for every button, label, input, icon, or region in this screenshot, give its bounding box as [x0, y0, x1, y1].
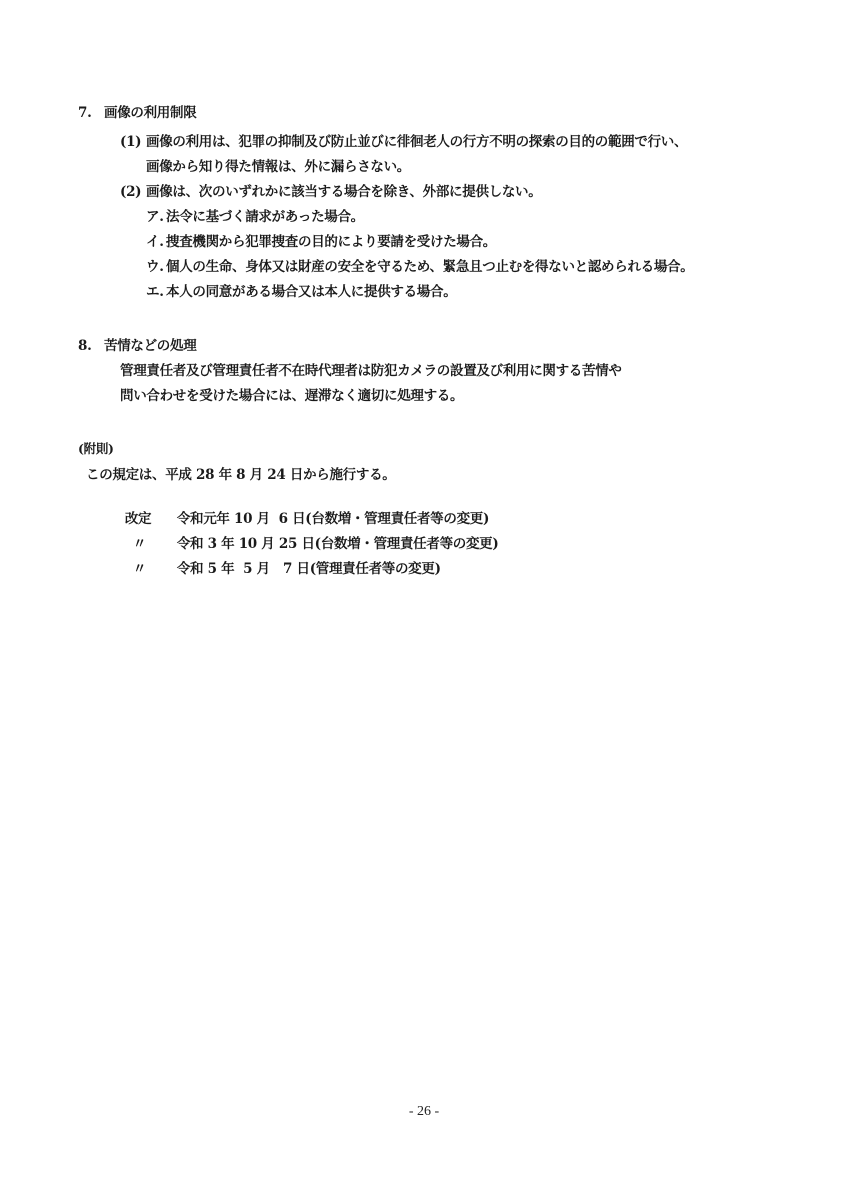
section-number: 8. [78, 337, 104, 355]
section-number: 7. [78, 104, 104, 122]
subitem-marker: ウ. [146, 258, 166, 276]
section-title: 画像の利用制限 [104, 105, 196, 121]
item-marker: (2) [120, 183, 146, 201]
item-1-continuation: 画像から知り得た情報は、外に漏らさない。 [146, 158, 410, 176]
supplementary-heading: (附則) [78, 440, 114, 458]
subitem-text: 法令に基づく請求があった場合。 [166, 209, 364, 225]
subitem-text: 本人の同意がある場合又は本人に提供する場合。 [166, 284, 456, 300]
item-2: (2)画像は、次のいずれかに該当する場合を除き、外部に提供しない。 [120, 183, 541, 201]
body-text: 問い合わせを受けた場合には、遅滞なく適切に処理する。 [120, 388, 463, 404]
item-text: 画像は、次のいずれかに該当する場合を除き、外部に提供しない。 [146, 184, 541, 200]
section-8-heading: 8.苦情などの処理 [78, 337, 196, 355]
section-title: 苦情などの処理 [104, 338, 196, 354]
revision-text: 令和 5 年 5 月 7 日(管理責任者等の変更) [177, 561, 441, 577]
subitem-a: ア.法令に基づく請求があった場合。 [146, 208, 364, 226]
revision-row: 〃令和 5 年 5 月 7 日(管理責任者等の変更) [116, 542, 441, 578]
page-number: - 26 - [0, 1104, 848, 1120]
subitem-marker: エ. [146, 283, 166, 301]
item-1: (1)画像の利用は、犯罪の抑制及び防止並びに徘徊老人の行方不明の探索の目的の範囲… [120, 133, 687, 151]
enforcement-text: この規定は、平成 28 年 8 月 24 日から施行する。 [86, 467, 395, 483]
item-marker: (1) [120, 133, 146, 151]
subitem-u: ウ.個人の生命、身体又は財産の安全を守るため、緊急且つ止むを得ないと認められる場… [146, 258, 693, 276]
body-text: 管理責任者及び管理責任者不在時代理者は防犯カメラの設置及び利用に関する苦情や [120, 363, 622, 379]
subitem-text: 捜査機関から犯罪捜査の目的により要請を受けた場合。 [166, 234, 496, 250]
revision-label: 〃 [125, 560, 177, 578]
item-text: 画像の利用は、犯罪の抑制及び防止並びに徘徊老人の行方不明の探索の目的の範囲で行い… [146, 134, 687, 150]
section-7-heading: 7.画像の利用制限 [78, 104, 196, 122]
item-text: 画像から知り得た情報は、外に漏らさない。 [146, 159, 410, 175]
subitem-e: エ.本人の同意がある場合又は本人に提供する場合。 [146, 283, 456, 301]
subitem-i: イ.捜査機関から犯罪捜査の目的により要請を受けた場合。 [146, 233, 496, 251]
supplementary-heading-text: (附則) [78, 441, 114, 456]
section-8-body-line-2: 問い合わせを受けた場合には、遅滞なく適切に処理する。 [120, 387, 463, 405]
section-8-body-line-1: 管理責任者及び管理責任者不在時代理者は防犯カメラの設置及び利用に関する苦情や [120, 362, 622, 380]
enforcement-statement: この規定は、平成 28 年 8 月 24 日から施行する。 [86, 466, 395, 484]
subitem-marker: ア. [146, 208, 166, 226]
subitem-text: 個人の生命、身体又は財産の安全を守るため、緊急且つ止むを得ないと認められる場合。 [166, 259, 693, 275]
subitem-marker: イ. [146, 233, 166, 251]
